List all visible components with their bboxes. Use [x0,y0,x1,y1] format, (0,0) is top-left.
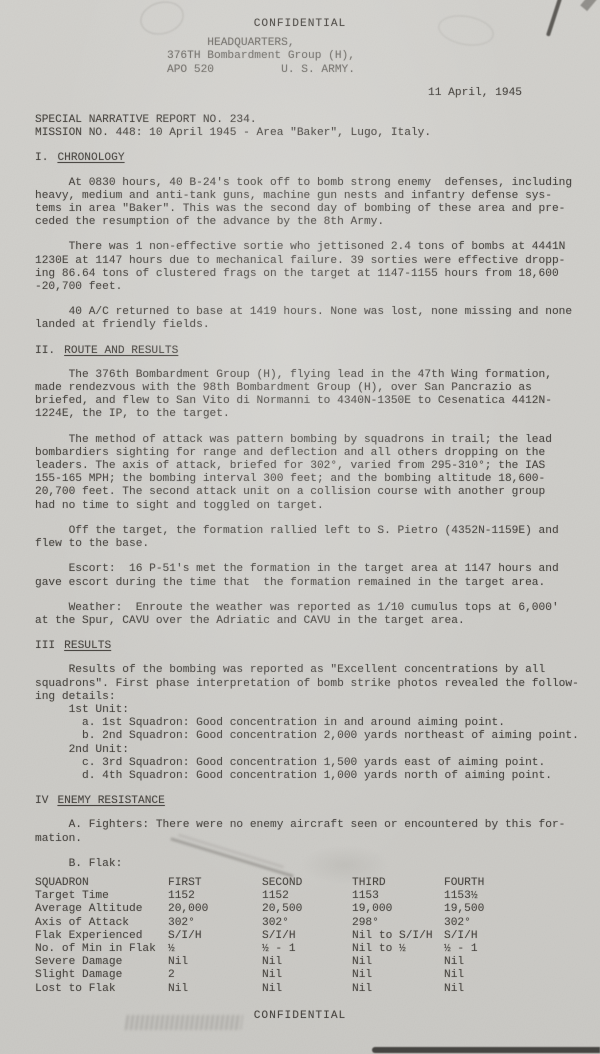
letterhead: HEADQUARTERS, 376TH Bombardment Group (H… [167,37,600,77]
paragraph: At 0830 hours, 40 B-24's took off to bom… [35,177,600,230]
paragraph: Results of the bombing was reported as "… [35,664,600,783]
flak-table-cell: Nil [262,983,352,996]
flak-table-cell: Nil [352,956,444,969]
flak-table-cell: 2 [168,969,262,982]
flak-table-cell: 302° [168,917,262,930]
flak-table-cell: ½ - 1 [262,943,352,956]
flak-table-cell: Nil [444,983,600,996]
paragraph: 40 A/C returned to base at 1419 hours. N… [35,306,600,332]
flak-table-cell: Nil [444,956,600,969]
flak-table-cell: Nil [352,983,444,996]
paragraph: Off the target, the formation rallied le… [35,525,600,551]
flak-table-header: FOURTH [444,877,600,890]
flak-table-cell: S/I/H [168,930,262,943]
flak-table-cell: Nil to S/I/H [352,930,444,943]
flak-subheading: B. Flak: [35,858,600,871]
flak-table-cell: 1153½ [444,890,600,903]
flak-table-cell: Nil [168,956,262,969]
flak-table-cell: S/I/H [262,930,352,943]
flak-table-cell: 20,500 [262,903,352,916]
flak-table-cell: 302° [262,917,352,930]
section-heading-chronology: I.CHRONOLOGY [35,152,600,165]
section-heading-route-and-results: II.ROUTE AND RESULTS [35,345,600,358]
flak-table-header: SQUADRON [35,877,168,890]
section-title: CHRONOLOGY [57,152,124,164]
flak-table-cell: Nil [168,983,262,996]
flak-table-row-label: Lost to Flak [35,983,168,996]
flak-table-cell: 1152 [262,890,352,903]
section-number: II. [35,345,55,357]
flak-table-cell: 298° [352,917,444,930]
flak-table-cell: 1153 [352,890,444,903]
flak-table-cell: 302° [444,917,600,930]
section-title: ROUTE AND RESULTS [64,345,178,357]
paragraph: A. Fighters: There were no enemy aircraf… [35,819,600,845]
flak-table-cell: S/I/H [444,930,600,943]
flak-table-cell: Nil [444,969,600,982]
flak-table-cell: 1152 [168,890,262,903]
scanned-document: CONFIDENTIAL HEADQUARTERS, 376TH Bombard… [0,0,600,1054]
flak-table-row-label: No. of Min in Flak [35,943,168,956]
paragraph: The method of attack was pattern bombing… [35,434,600,513]
paragraph: Weather: Enroute the weather was reporte… [35,602,600,628]
section-title: ENEMY RESISTANCE [57,795,164,807]
flak-table-cell: 20,000 [168,903,262,916]
flak-table-cell: ½ [168,943,262,956]
flak-table-cell: Nil to ½ [352,943,444,956]
flak-table-row-label: Flak Experienced [35,930,168,943]
flak-table-cell: 19,500 [444,903,600,916]
flak-table-header: SECOND [262,877,352,890]
paragraph: The 376th Bombardment Group (H), flying … [35,369,600,422]
flak-table-cell: Nil [352,969,444,982]
report-number: SPECIAL NARRATIVE REPORT NO. 234. [35,114,600,127]
paragraph: There was 1 non-effective sortie who jet… [35,241,600,294]
flak-table-row-label: Slight Damage [35,969,168,982]
flak-table-cell: 19,000 [352,903,444,916]
section-number: III [35,640,55,652]
flak-table-cell: Nil [262,956,352,969]
date-line: 11 April, 1945 [0,87,600,100]
flak-table-header: THIRD [352,877,444,890]
classification-stamp-bottom: CONFIDENTIAL [0,1010,600,1023]
flak-table-row-label: Severe Damage [35,956,168,969]
flak-table-row-label: Target Time [35,890,168,903]
flak-table-row-label: Average Altitude [35,903,168,916]
flak-table-cell: ½ - 1 [444,943,600,956]
flak-table-header: FIRST [168,877,262,890]
section-heading-results: IIIRESULTS [35,640,600,653]
flak-table: SQUADRON FIRST SECOND THIRD FOURTH Targe… [35,877,600,996]
section-title: RESULTS [64,640,111,652]
flak-table-cell: Nil [262,969,352,982]
flak-table-row-label: Axis of Attack [35,917,168,930]
section-heading-enemy-resistance: IVENEMY RESISTANCE [35,795,600,808]
paragraph: Escort: 16 P-51's met the formation in t… [35,563,600,589]
section-number: IV [35,795,48,807]
scan-edge-mark [372,1047,600,1053]
classification-stamp-top: CONFIDENTIAL [0,18,600,31]
mission-line: MISSION NO. 448: 10 April 1945 - Area "B… [35,127,600,140]
section-number: I. [35,152,48,164]
